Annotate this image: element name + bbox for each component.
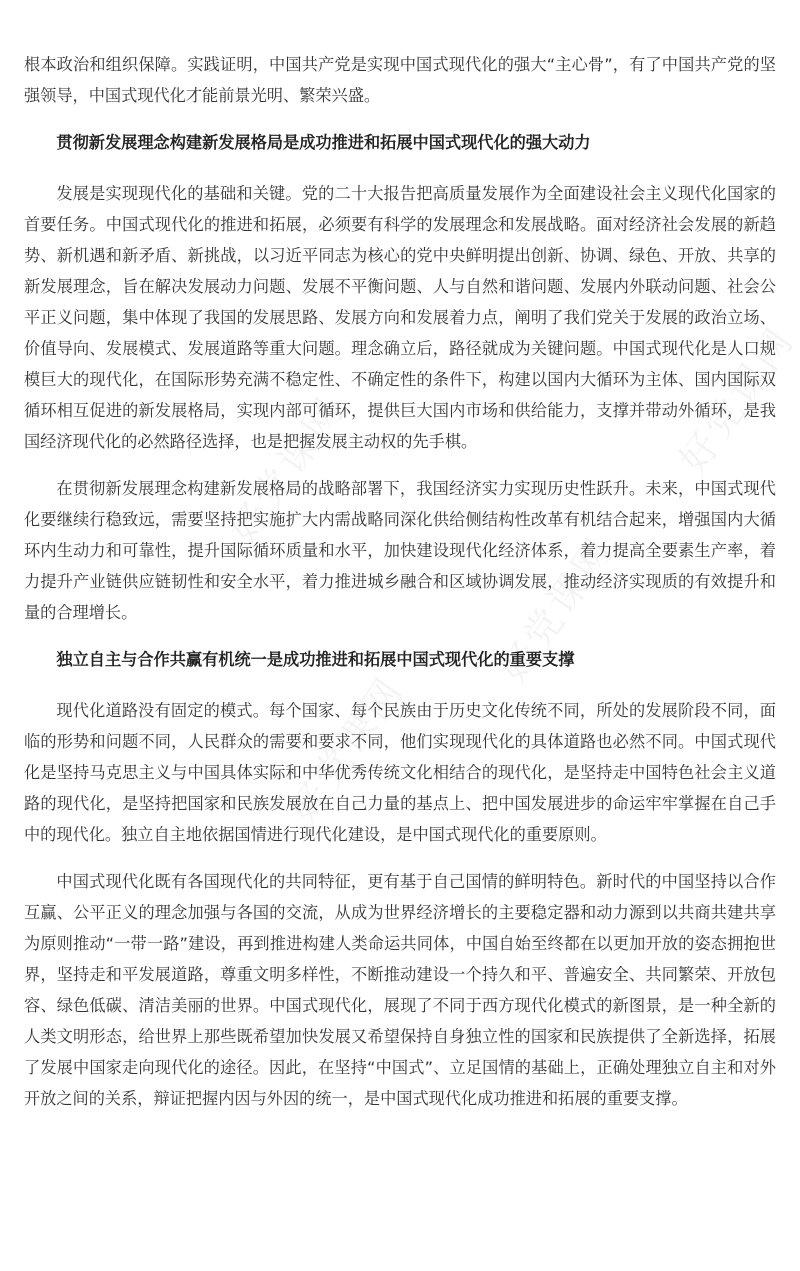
paragraph-intro: 根本政治和组织保障。实践证明，中国共产党是实现中国式现代化的强大“主心骨”，有了… — [24, 49, 776, 111]
paragraph-development-2: 在贯彻新发展理念构建新发展格局的战略部署下，我国经济实力实现历史性跃升。未来，中… — [24, 473, 776, 628]
paragraph-independence-2: 中国式现代化既有各国现代化的共同特征，更有基于自己国情的鲜明特色。新时代的中国坚… — [24, 866, 776, 1114]
article-body: 根本政治和组织保障。实践证明，中国共产党是实现中国式现代化的强大“主心骨”，有了… — [24, 49, 776, 1130]
paragraph-independence-1: 现代化道路没有固定的模式。每个国家、每个民族由于历史文化传统不同，所处的发展阶段… — [24, 695, 776, 850]
section-heading-independence: 独立自主与合作共赢有机统一是成功推进和拓展中国式现代化的重要支撑 — [24, 644, 776, 675]
section-heading-development: 贯彻新发展理念构建新发展格局是成功推进和拓展中国式现代化的强大动力 — [24, 127, 776, 158]
paragraph-development-1: 发展是实现现代化的基础和关键。党的二十大报告把高质量发展作为全面建设社会主义现代… — [24, 178, 776, 457]
